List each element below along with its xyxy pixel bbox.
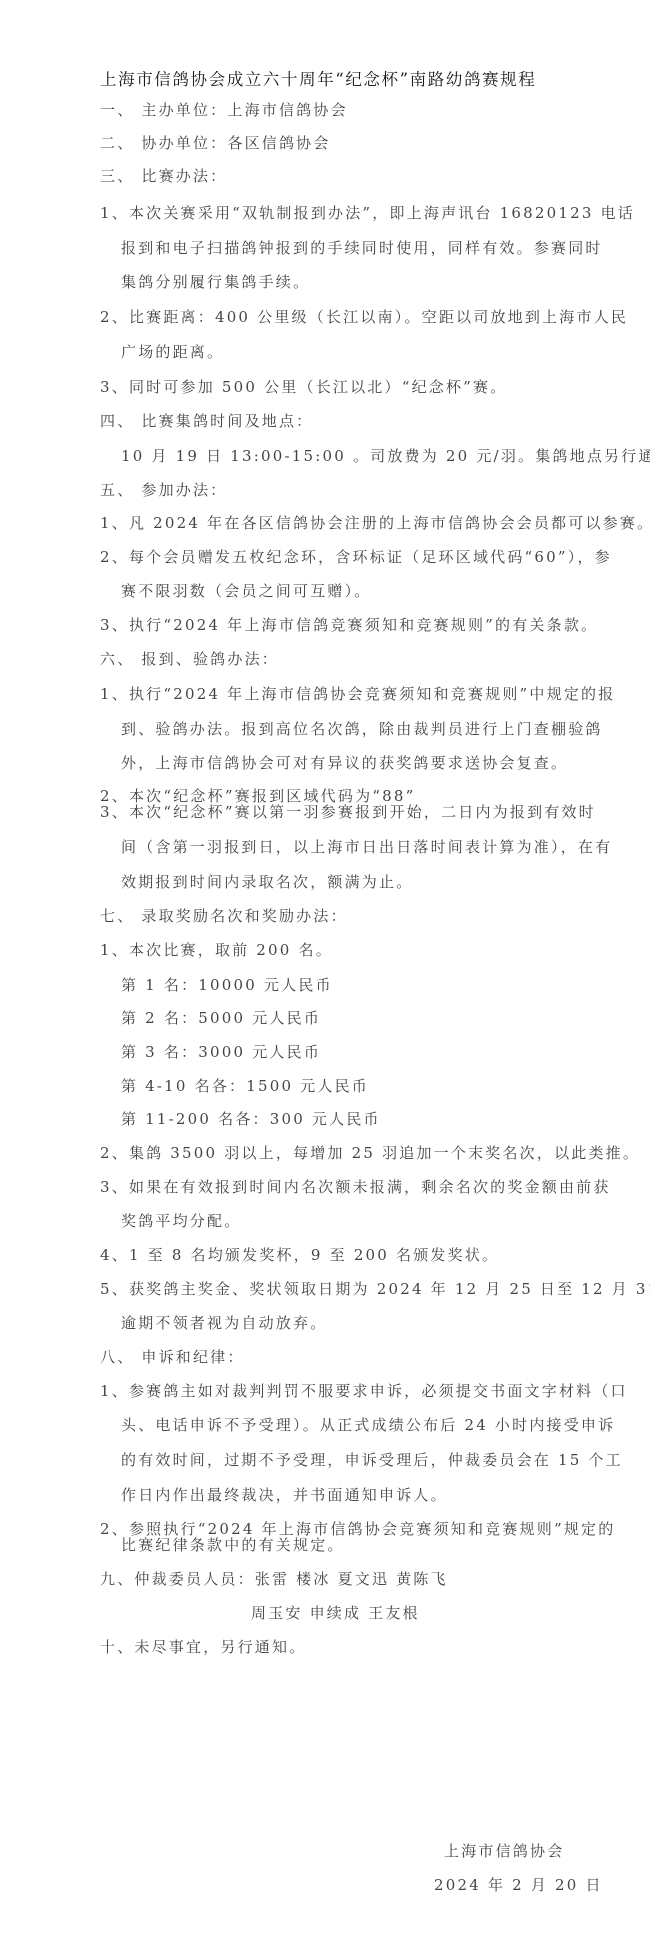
document-line: 比赛纪律条款中的有关规定。 (121, 1534, 345, 1555)
document-line: 1、凡 2024 年在各区信鸽协会注册的上海市信鸽协会会员都可以参赛。 (100, 512, 650, 533)
document-line: 十、未尽事宜，另行通知。 (100, 1636, 306, 1657)
document-line: 第 4-10 名各：1500 元人民币 (121, 1075, 369, 1096)
document-line: 四、 比赛集鸽时间及地点： (100, 410, 313, 431)
document-line: 3、如果在有效报到时间内名次额未报满，剩余名次的奖金额由前获 (100, 1176, 611, 1197)
document-line: 3、本次“纪念杯”赛以第一羽参赛报到开始，二日内为报到有效时 (100, 801, 596, 822)
document-line: 三、 比赛办法： (100, 165, 227, 186)
signature-date: 2024 年 2 月 20 日 (434, 1874, 603, 1895)
document-line: 3、执行“2024 年上海市信鸽竞赛须知和竞赛规则”的有关条款。 (100, 614, 598, 635)
document-line: 集鸽分别履行集鸽手续。 (121, 271, 310, 292)
document-line: 效期报到时间内录取名次，额满为止。 (121, 871, 413, 892)
document-line: 广场的距离。 (121, 341, 224, 362)
document-line: 3、同时可参加 500 公里（长江以北）“纪念杯”赛。 (100, 376, 507, 397)
document-line: 第 3 名：3000 元人民币 (121, 1041, 321, 1062)
document-line: 到、验鸽办法。报到高位名次鸽，除由裁判员进行上门查棚验鸽 (121, 718, 603, 739)
document-line: 周玉安 申续成 王友根 (251, 1602, 420, 1623)
document-line: 逾期不领者视为自动放弃。 (121, 1312, 327, 1333)
document-line: 4、1 至 8 名均颁发奖杯，9 至 200 名颁发奖状。 (100, 1244, 499, 1265)
document-line: 第 1 名：10000 元人民币 (121, 974, 333, 995)
document-line: 头、电话申诉不予受理）。从正式成绩公布后 24 小时内接受申诉 (121, 1414, 615, 1435)
signature-organization: 上海市信鸽协会 (444, 1840, 564, 1861)
document-line: 1、执行“2024 年上海市信鸽协会竞赛须知和竞赛规则”中规定的报 (100, 683, 615, 704)
document-title: 上海市信鸽协会成立六十周年“纪念杯”南路幼鸽赛规程 (100, 66, 536, 90)
document-line: 作日内作出最终裁决，并书面通知申诉人。 (121, 1484, 448, 1505)
document-line: 七、 录取奖励名次和奖励办法： (100, 905, 348, 926)
document-line: 1、本次关赛采用“双轨制报到办法”，即上海声讯台 16820123 电话 (100, 202, 635, 223)
document-line: 的有效时间，过期不予受理，申诉受理后，仲裁委员会在 15 个工 (121, 1449, 623, 1470)
document-line: 赛不限羽数（会员之间可互赠）。 (121, 580, 372, 601)
document-line: 第 11-200 名各：300 元人民币 (121, 1108, 381, 1129)
document-line: 八、 申诉和纪律： (100, 1346, 245, 1367)
document-line: 五、 参加办法： (100, 479, 227, 500)
document-line: 第 2 名：5000 元人民币 (121, 1007, 321, 1028)
document-line: 5、获奖鸽主奖金、奖状领取日期为 2024 年 12 月 25 日至 12 月 … (100, 1278, 650, 1299)
document-line: 一、 主办单位：上海市信鸽协会 (100, 99, 348, 120)
document-line: 奖鸽平均分配。 (121, 1210, 241, 1231)
document-line: 1、本次比赛，取前 200 名。 (100, 939, 333, 960)
document-line: 2、比赛距离：400 公里级（长江以南）。空距以司放地到上海市人民 (100, 306, 628, 327)
document-line: 报到和电子扫描鸽钟报到的手续同时使用，同样有效。参赛同时 (121, 237, 603, 258)
document-line: 2、每个会员赠发五枚纪念环，含环标证（足环区域代码“60”），参 (100, 546, 612, 567)
document-line: 间（含第一羽报到日，以上海市日出日落时间表计算为准），在有 (121, 836, 612, 857)
document-line: 2、集鸽 3500 羽以上，每增加 25 羽追加一个末奖名次，以此类推。 (100, 1142, 640, 1163)
document-line: 九、仲裁委员人员：张雷 楼冰 夏文迅 黄陈飞 (100, 1568, 448, 1589)
document-line: 二、 协办单位：各区信鸽协会 (100, 132, 331, 153)
document-line: 外，上海市信鸽协会可对有异议的获奖鸽要求送协会复查。 (121, 752, 568, 773)
document-line: 六、 报到、验鸽办法： (100, 648, 279, 669)
document-line: 10 月 19 日 13:00-15:00 。司放费为 20 元/羽。集鸽地点另… (121, 445, 650, 466)
document-line: 1、参赛鸽主如对裁判判罚不服要求申诉，必须提交书面文字材料（口 (100, 1380, 628, 1401)
